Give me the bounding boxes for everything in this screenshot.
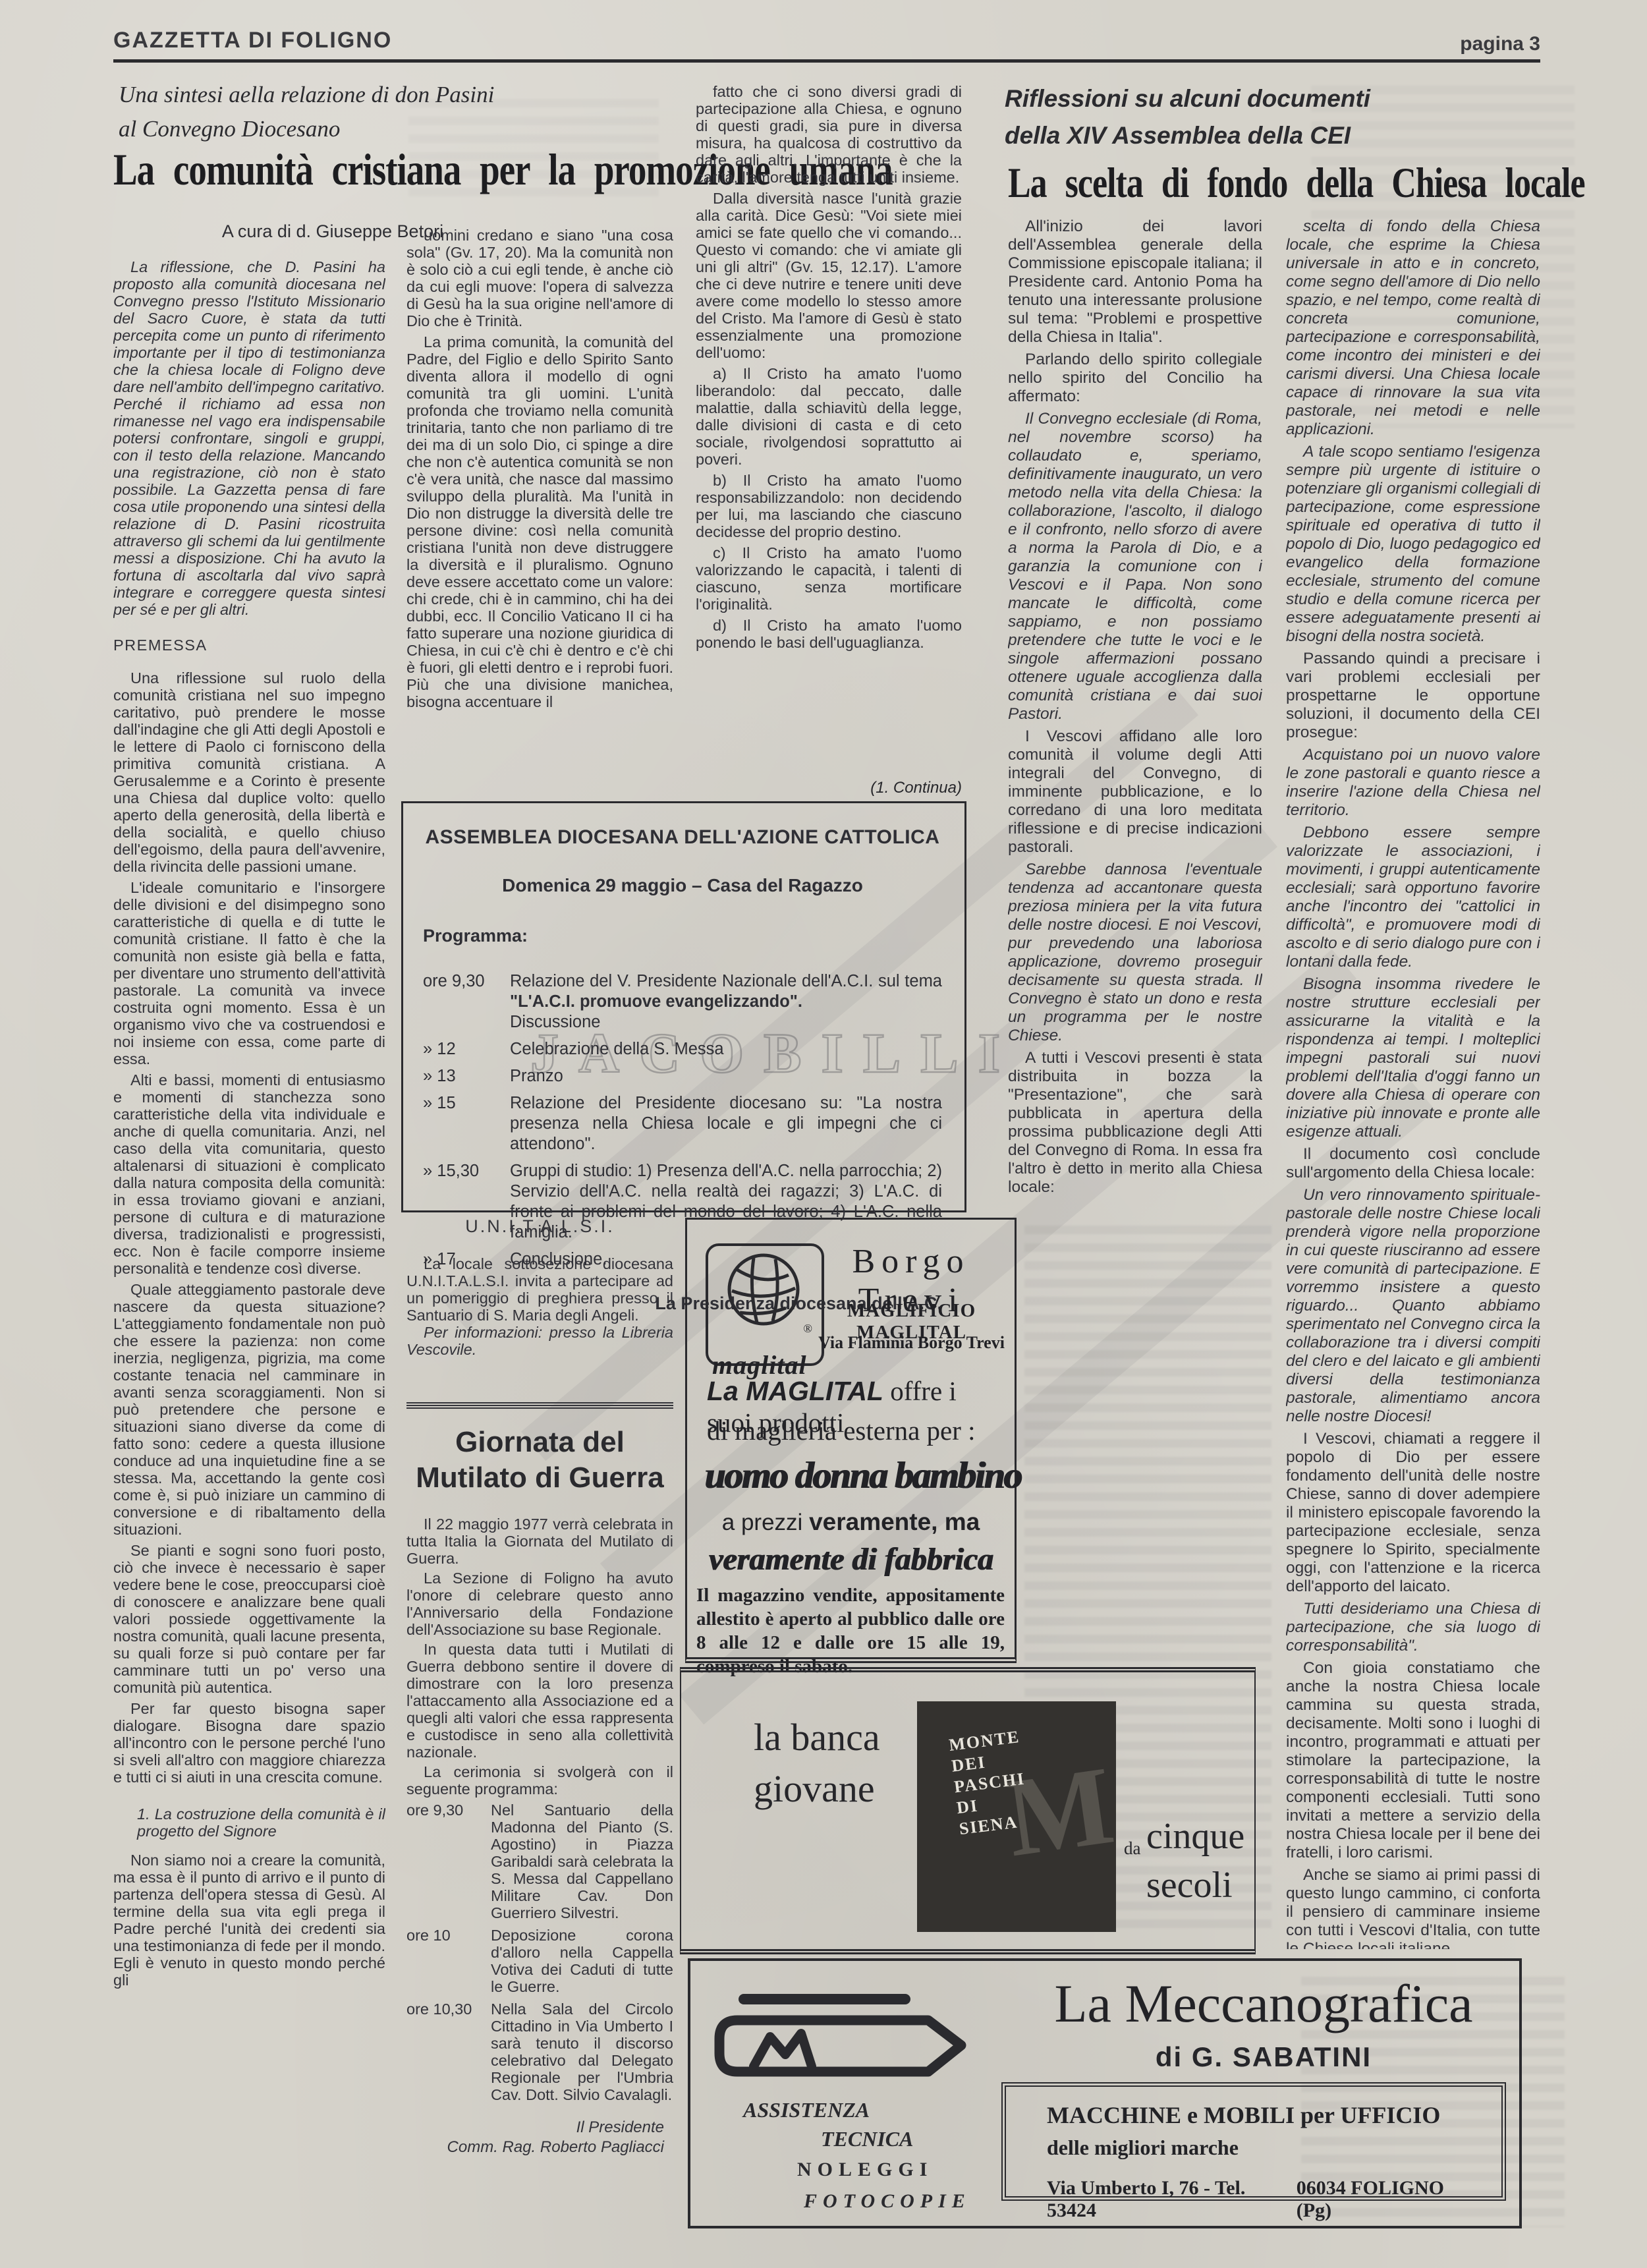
unitalsi-section: U.N.I.T.A.L.S.I. La locale sottosezione … xyxy=(406,1216,673,1358)
ad-company-address: Via Flaminia Borgo Trevi xyxy=(818,1333,1005,1353)
article-column-1: La riflessione, che D. Pasini ha propost… xyxy=(113,258,385,2201)
giornata-signature: Il Presidente Comm. Rag. Roberto Pagliac… xyxy=(406,2118,673,2157)
paragraph: Debbono essere sempre valorizzate le ass… xyxy=(1286,824,1540,971)
masthead-title: GAZZETTA DI FOLIGNO xyxy=(113,28,392,53)
schedule-time: ore 10,30 xyxy=(406,2000,491,2109)
service-label: ASSISTENZA xyxy=(743,2098,870,2122)
assembly-box: ASSEMBLEA DIOCESANA DELL'AZIONE CATTOLIC… xyxy=(401,801,966,1212)
paragraph: Parlando dello spirito collegiale nello … xyxy=(1008,351,1262,406)
article-column-2: uomini credano e siano "una cosa sola" (… xyxy=(406,227,673,785)
banca-slogan-right: cinque secoli xyxy=(1146,1812,1244,1910)
paragraph: L'ideale comunitario e l'insorgere delle… xyxy=(113,879,385,1067)
paragraph: Alti e bassi, momenti di entusiasmo e mo… xyxy=(113,1071,385,1277)
schedule-text: Nella Sala del Circolo Cittadino in Via … xyxy=(491,2000,673,2109)
paragraph: Una riflessione sul ruolo della comunità… xyxy=(113,669,385,875)
schedule-text: Relazione del Presidente diocesano su: "… xyxy=(510,1093,942,1161)
meccanografica-inner-box: MACCHINE e MOBILI per UFFICIO delle migl… xyxy=(1001,2082,1506,2201)
unitalsi-heading: U.N.I.T.A.L.S.I. xyxy=(406,1216,673,1237)
paragraph: Non siamo noi a creare la comunità, ma e… xyxy=(113,1852,385,1989)
header-rule xyxy=(113,59,1540,63)
schedule-text: Celebrazione della S. Messa xyxy=(510,1039,942,1066)
paragraph: Quale atteggiamento pastorale deve nasce… xyxy=(113,1281,385,1538)
schedule-text: Nel Santuario della Madonna del Pianto (… xyxy=(491,1801,673,1927)
continua-note: (1. Continua) xyxy=(696,779,962,797)
giornata-heading: Giornata del Mutilato di Guerra xyxy=(406,1425,673,1496)
paragraph: scelta di fondo della Chiesa locale, che… xyxy=(1286,217,1540,439)
giornata-body: Il 22 maggio 1977 verrà celebrata in tut… xyxy=(406,1516,673,1798)
schedule-text: Pranzo xyxy=(510,1066,942,1093)
paragraph: La locale sottosezione diocesana U.N.I.T… xyxy=(406,1255,673,1324)
paragraph: d) Il Cristo ha amato l'uomo ponendo le … xyxy=(696,617,962,651)
banca-da: da xyxy=(1124,1838,1140,1859)
assembly-programma-label: Programma: xyxy=(423,926,942,946)
schedule-text: Relazione del V. Presidente Nazionale de… xyxy=(510,971,942,1039)
paragraph: I Vescovi, chiamati a reggere il popolo … xyxy=(1286,1430,1540,1596)
paragraph: La riflessione, che D. Pasini ha propost… xyxy=(113,258,385,618)
ad-info-text: Il magazzino vendite, appositamente alle… xyxy=(696,1583,1005,1678)
paragraph: Dalla diversità nasce l'unità grazie all… xyxy=(696,190,962,361)
paragraph: Acquistano poi un nuovo valore le zone p… xyxy=(1286,746,1540,820)
schedule-row: ore 9,30 Relazione del V. Presidente Naz… xyxy=(423,971,942,1039)
service-label: NOLEGGI xyxy=(797,2159,933,2181)
paragraph: uomini credano e siano "una cosa sola" (… xyxy=(406,227,673,329)
schedule-time: ore 9,30 xyxy=(406,1801,491,1927)
schedule-time: » 15 xyxy=(423,1093,510,1161)
paragraph: A tale scopo sentiamo l'esigenza sempre … xyxy=(1286,443,1540,646)
paragraph: Con gioia constatiamo che anche la nostr… xyxy=(1286,1659,1540,1862)
schedule-time: ore 10 xyxy=(406,1927,491,2000)
article-column-4: All'inizio dei lavori dell'Assemblea gen… xyxy=(1008,217,1262,1203)
paragraph: Un vero rinnovamento spirituale-pastoral… xyxy=(1286,1186,1540,1426)
meccanografica-name: La Meccanografica xyxy=(1013,1973,1514,2035)
monte-paschi-poster-text: MONTEDEIPASCHIDISIENA xyxy=(948,1726,1032,1840)
maglital-logo: maglital ® xyxy=(706,1243,824,1366)
kicker-line: della XIV Assemblea della CEI xyxy=(1005,117,1370,154)
ad-fabbrica-line: veramente di fabbrica xyxy=(687,1541,1015,1577)
schedule-row: » 13 Pranzo xyxy=(423,1066,942,1093)
schedule-time: » 12 xyxy=(423,1039,510,1066)
meccanografica-owner: di G. SABATINI xyxy=(1013,2041,1514,2073)
schedule-row: » 12 Celebrazione della S. Messa xyxy=(423,1039,942,1066)
paragraph: Bisogna insomma rivedere le nostre strut… xyxy=(1286,975,1540,1141)
kicker-line: Riflessioni su alcuni documenti xyxy=(1005,80,1370,117)
paragraph: Per informazioni: presso la Libreria Ves… xyxy=(406,1324,673,1358)
paragraph: Il Convegno ha affrontato il tema delle … xyxy=(1008,1201,1262,1203)
paragraph: Se pianti e sogni sono fuori posto, ciò … xyxy=(113,1542,385,1696)
paragraph: La Sezione di Foligno ha avuto l'onore d… xyxy=(406,1570,673,1638)
unitalsi-body: La locale sottosezione diocesana U.N.I.T… xyxy=(406,1255,673,1358)
paragraph: a) Il Cristo ha amato l'uomo liberandolo… xyxy=(696,365,962,468)
page-number: pagina 3 xyxy=(1337,33,1540,55)
meccanografica-ad: ASSISTENZA TECNICA NOLEGGI FOTOCOPIE La … xyxy=(688,1958,1522,2228)
paragraph: fatto che ci sono diversi gradi di parte… xyxy=(696,83,962,186)
schedule-row: ore 10 Deposizione corona d'alloro nella… xyxy=(406,1927,673,2000)
schedule-time: » 13 xyxy=(423,1066,510,1093)
schedule-time: ore 9,30 xyxy=(423,971,510,1039)
article-column-3: fatto che ci sono diversi gradi di parte… xyxy=(696,83,962,767)
paragraph: Sarebbe dannosa l'eventuale tendenza ad … xyxy=(1008,861,1262,1045)
paragraph: c) Il Cristo ha amato l'uomo valorizzand… xyxy=(696,544,962,613)
paragraph: Anche se siamo ai primi passi di questo … xyxy=(1286,1866,1540,1949)
giornata-mutilato-section: Giornata del Mutilato di Guerra Il 22 ma… xyxy=(406,1425,673,2268)
newspaper-page: JACOBILLI GAZZETTA DI FOLIGNO pagina 3 U… xyxy=(0,0,1647,2268)
paragraph: Per far questo bisogna saper dialogare. … xyxy=(113,1700,385,1786)
service-label: TECNICA xyxy=(821,2127,913,2151)
left-article-headline: La comunità cristiana per la promozione … xyxy=(113,144,679,185)
ad-line: MACCHINE e MOBILI per UFFICIO xyxy=(1047,2101,1482,2129)
monte-paschi-ad: la banca giovane M MONTEDEIPASCHIDISIENA… xyxy=(680,1667,1256,1954)
paragraph: 1. La costruzione della comunità è il pr… xyxy=(113,1805,385,1840)
arrow-m-logo xyxy=(708,1987,971,2093)
paragraph: A tutti i Vescovi presenti è stata distr… xyxy=(1008,1049,1262,1197)
paragraph: PREMESSA xyxy=(113,637,385,654)
ad-address-line: Via Umberto I, 76 - Tel. 53424 06034 FOL… xyxy=(1047,2177,1482,2222)
paragraph: I Vescovi affidano alle loro comunità il… xyxy=(1008,727,1262,857)
paragraph: Il 22 maggio 1977 verrà celebrata in tut… xyxy=(406,1516,673,1567)
schedule-row: ore 10,30 Nella Sala del Circolo Cittadi… xyxy=(406,2000,673,2109)
giornata-schedule: ore 9,30 Nel Santuario della Madonna del… xyxy=(406,1801,673,2109)
ad-big-line: uomo donna bambino xyxy=(704,1454,1001,1497)
banca-poster-photo: M MONTEDEIPASCHIDISIENA xyxy=(917,1701,1116,1932)
right-article-headline: La scelta di fondo della Chiesa locale xyxy=(1008,159,1542,198)
assembly-title: ASSEMBLEA DIOCESANA DELL'AZIONE CATTOLIC… xyxy=(423,827,942,847)
kicker-line: al Convegno Diocesano xyxy=(119,112,494,146)
assembly-subtitle: Domenica 29 maggio – Casa del Ragazzo xyxy=(423,875,942,895)
banca-slogan-left: la banca giovane xyxy=(754,1712,880,1815)
paragraph: La cerimonia si svolgerà con il seguente… xyxy=(406,1763,673,1798)
section-divider-rule xyxy=(406,1402,673,1409)
paragraph: All'inizio dei lavori dell'Assemblea gen… xyxy=(1008,217,1262,347)
registered-mark: ® xyxy=(803,1322,812,1336)
paragraph: b) Il Cristo ha amato l'uomo responsabil… xyxy=(696,472,962,540)
article-column-5: scelta di fondo della Chiesa locale, che… xyxy=(1286,217,1540,1949)
kicker-line: Una sintesi aella relazione di don Pasin… xyxy=(119,78,494,112)
left-article-kicker: Una sintesi aella relazione di don Pasin… xyxy=(119,78,494,146)
ad-price-line: a prezzi veramente, ma xyxy=(687,1508,1015,1536)
right-article-kicker: Riflessioni su alcuni documenti della XI… xyxy=(1005,80,1370,154)
ad-slogan-line2: di maglieria esterna per : xyxy=(707,1415,976,1446)
paragraph: La prima comunità, la comunità del Padre… xyxy=(406,333,673,710)
paragraph: Tutti desideriamo una Chiesa di partecip… xyxy=(1286,1600,1540,1655)
service-label: FOTOCOPIE xyxy=(804,2190,971,2213)
maglital-ad: maglital ® Borgo Trevi MAGLIFICIO MAGLIT… xyxy=(685,1218,1017,1663)
ad-line: delle migliori marche xyxy=(1047,2136,1482,2160)
yarn-ball-icon xyxy=(717,1250,810,1336)
paragraph: Il documento così conclude sull'argoment… xyxy=(1286,1145,1540,1182)
paragraph: Il Convegno ecclesiale (di Roma, nel nov… xyxy=(1008,410,1262,723)
schedule-text: Deposizione corona d'alloro nella Cappel… xyxy=(491,1927,673,2000)
schedule-row: » 15 Relazione del Presidente diocesano … xyxy=(423,1093,942,1161)
schedule-row: ore 9,30 Nel Santuario della Madonna del… xyxy=(406,1801,673,1927)
paragraph: Passando quindi a precisare i vari probl… xyxy=(1286,650,1540,742)
paragraph: In questa data tutti i Mutilati di Guerr… xyxy=(406,1641,673,1761)
